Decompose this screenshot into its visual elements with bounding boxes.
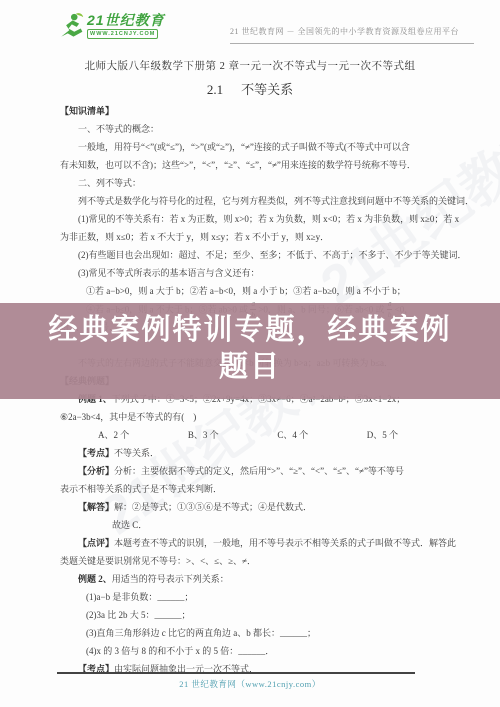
- doc-line: 【点评】本题考查不等式的识别，一般地，用不等号表示不相等关系的式子叫做不等式．解…: [0, 534, 500, 552]
- doc-line: 【分析】分析：主要依据不等式的定义，然后用“>”、“≥”、“<”、“≤”、“≠”…: [0, 462, 500, 480]
- doc-line: 故选 C．: [0, 516, 500, 534]
- doc-line: 【考点】由实际问题抽象出一元一次不等式．: [0, 660, 500, 678]
- doc-line: 【解答】解：②是等式；①③⑤⑥是不等式；④是代数式．: [0, 498, 500, 516]
- doc-line: ①若 a−b>0，则 a 大于 b；②若 a−b<0，则 a 小于 b；③若 a…: [0, 282, 500, 300]
- logo: 21世纪教育 www.21cnjy.com: [58, 12, 165, 40]
- doc-line: 表示不相等关系的式子是不等式来判断．: [0, 480, 500, 498]
- doc-line: 一、不等式的概念：: [0, 120, 500, 138]
- document-page: 21世纪教育 www.21cnjy.com 21 世纪教育网 － 全国领先的中小…: [0, 0, 500, 707]
- section-name: 不等关系: [241, 82, 293, 97]
- answer-option: A、2 个: [98, 426, 129, 444]
- doc-line: (3)常见不等式所表示的基本语言与含义还有：: [0, 264, 500, 282]
- section-heading: 2.1不等关系: [0, 78, 500, 102]
- section-number: 2.1: [207, 82, 223, 97]
- footer-divider: [57, 672, 415, 674]
- doc-line: 一般地，用符号“<”(或“≤”)，“>”(或“≥”)，“≠”连接的式子叫做不等式…: [0, 138, 500, 156]
- doc-line: A、2 个B、3 个C、4 个D、5 个: [0, 426, 398, 444]
- logo-url: www.21cnjy.com: [87, 29, 158, 39]
- doc-line: 【考点】不等关系．: [0, 444, 500, 462]
- doc-line: 有未知数，也可以不含)；这些“>”，“<”，“≥”、“≤”，“≠”用来连接的数学…: [0, 156, 500, 174]
- doc-line: (2)有些题目也会出现如：超过、不足；至少、至多；不低于、不高于；不多于、不少于…: [0, 246, 500, 264]
- doc-line: 类题关键是要识别常见不等号：>、<、≤、≥、≠．: [0, 552, 500, 570]
- doc-line: (2)3a 比 2b 大 5：______；: [0, 606, 500, 624]
- doc-line: (4)x 的 3 倍与 8 的和不小于 x 的 5 倍：______．: [0, 642, 500, 660]
- promo-overlay-line1: 经典案例特训专题，经典案例: [0, 312, 500, 349]
- answer-option: B、3 个: [188, 426, 219, 444]
- promo-overlay-banner: 经典案例特训专题，经典案例 题目: [0, 303, 500, 399]
- logo-text: 21世纪教育: [87, 12, 165, 28]
- doc-line: 列不等式是数学化与符号化的过程，它与列方程类似，列不等式注意找到问题中不等关系的…: [0, 192, 500, 210]
- doc-line: ⑥2a−3b<4，其中是不等式的有( ): [0, 408, 500, 426]
- doc-line: (3)直角三角形斜边 c 比它的两直角边 a、b 都长：______；: [0, 624, 500, 642]
- logo-text-block: 21世纪教育 www.21cnjy.com: [87, 12, 165, 39]
- doc-line: 为非正数，则 x≤0；若 x 不大于 y，则 x≤y；若 x 不小于 y，则 x…: [0, 228, 500, 246]
- doc-line: 例题 2、用适当的符号表示下列关系：: [0, 570, 500, 588]
- doc-line: 【知识清单】: [0, 102, 500, 120]
- doc-line: 二、列不等式：: [0, 174, 500, 192]
- document-title: 北师大版八年级数学下册第 2 章一元一次不等式与一元一次不等式组: [0, 56, 500, 78]
- answer-option: C、4 个: [277, 426, 308, 444]
- doc-line: (1)a−b 是非负数：______；: [0, 588, 500, 606]
- answer-option: D、5 个: [367, 426, 398, 444]
- runner-logo-icon: [58, 12, 84, 40]
- header-tagline: 21 世纪教育网 － 全国领先的中小学教育资源及组卷应用平台: [230, 26, 474, 44]
- footer-site-label: 21 世纪教育网（www.21cnjy.com）: [0, 678, 500, 690]
- promo-overlay-line2: 题目: [0, 349, 500, 386]
- doc-line: (1)常见的不等关系有：若 x 为正数，则 x>0；若 x 为负数，则 x<0；…: [0, 210, 500, 228]
